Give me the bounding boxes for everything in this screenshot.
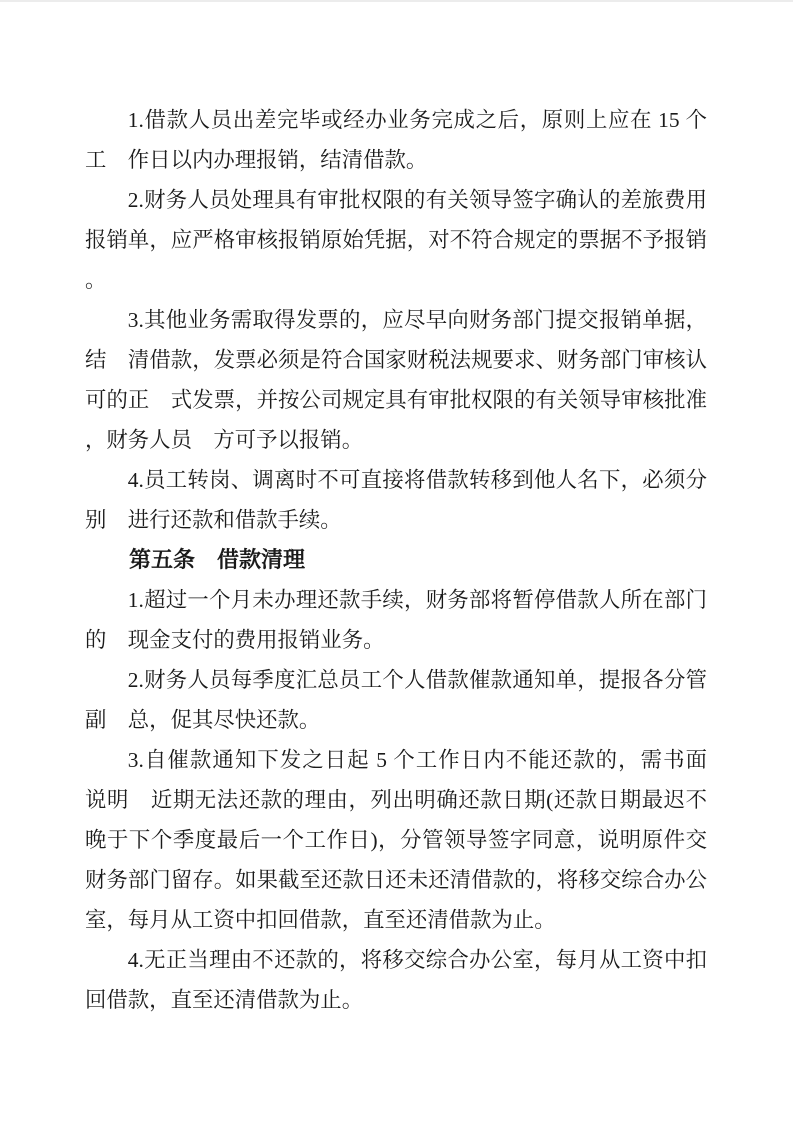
text-line: 3.其他业务需取得发票的，应尽早向财务部门提交报销单据，: [85, 300, 707, 340]
document-page: 1.借款人员出差完毕或经办业务完成之后，原则上应在 15 个工 作日以内办理报销…: [0, 0, 793, 1122]
text-line: 。: [85, 260, 707, 300]
text-line: 的 现金支付的费用报销业务。: [85, 620, 707, 660]
section-heading: 第五条 借款清理: [85, 540, 707, 580]
text-line: 回借款，直至还清借款为止。: [85, 980, 707, 1020]
text-line: 工 作日以内办理报销，结清借款。: [85, 140, 707, 180]
text-line: 2.财务人员处理具有审批权限的有关领导签字确认的差旅费用: [85, 180, 707, 220]
text-line: 财务部门留存。如果截至还款日还未还清借款的，将移交综合办公: [85, 860, 707, 900]
text-line: 别 进行还款和借款手续。: [85, 500, 707, 540]
text-line: 说明 近期无法还款的理由，列出明确还款日期(还款日期最迟不得: [85, 780, 707, 820]
text-line: 2.财务人员每季度汇总员工个人借款催款通知单，提报各分管: [85, 660, 707, 700]
document-content: 1.借款人员出差完毕或经办业务完成之后，原则上应在 15 个工 作日以内办理报销…: [85, 100, 707, 1020]
text-line: 4.员工转岗、调离时不可直接将借款转移到他人名下，必须分: [85, 460, 707, 500]
text-line: 可的正 式发票，并按公司规定具有审批权限的有关领导审核批准: [85, 380, 707, 420]
text-line: 室，每月从工资中扣回借款，直至还清借款为止。: [85, 900, 707, 940]
text-line: 报销单，应严格审核报销原始凭据，对不符合规定的票据不予报销: [85, 220, 707, 260]
text-line: 1.借款人员出差完毕或经办业务完成之后，原则上应在 15 个: [85, 100, 707, 140]
text-line: 晚于下个季度最后一个工作日)，分管领导签字同意，说明原件交: [85, 820, 707, 860]
text-line: 4.无正当理由不还款的，将移交综合办公室，每月从工资中扣: [85, 940, 707, 980]
text-line: ，财务人员 方可予以报销。: [85, 420, 707, 460]
text-line: 1.超过一个月未办理还款手续，财务部将暂停借款人所在部门: [85, 580, 707, 620]
text-line: 副 总，促其尽快还款。: [85, 700, 707, 740]
text-line: 结 清借款，发票必须是符合国家财税法规要求、财务部门审核认: [85, 340, 707, 380]
text-line: 3.自催款通知下发之日起 5 个工作日内不能还款的，需书面: [85, 740, 707, 780]
